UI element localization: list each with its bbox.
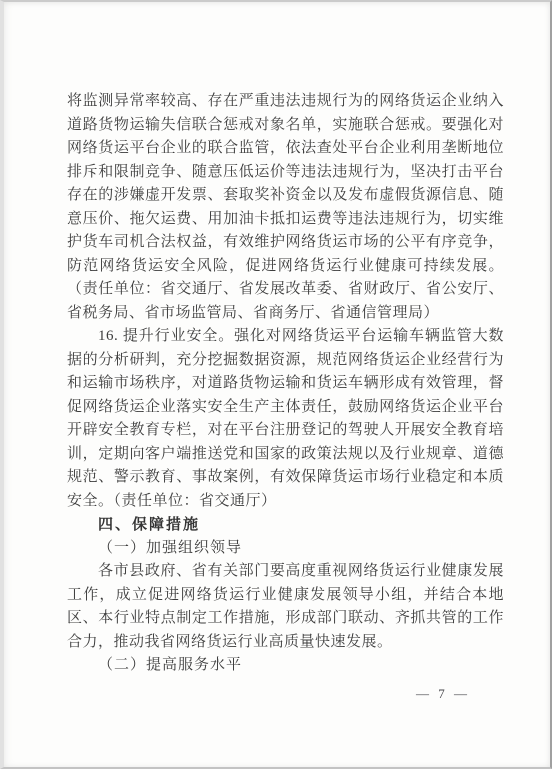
section-heading-safeguards: 四、保障措施 [67,513,504,537]
sub-heading-service-level: （二）提高服务水平 [67,654,504,678]
paragraph-leadership-body: 各市县政府、省有关部门要高度重视网络货运行业健康发展工作，成立促进网络货运行业健… [67,560,504,654]
page-number: — 7 — [416,685,470,703]
document-page: 将监测异常率较高、存在严重违法违规行为的网络货运企业纳入道路货物运输失信联合惩戒… [0,0,552,769]
paragraph-continuation: 将监测异常率较高、存在严重违法违规行为的网络货运企业纳入道路货物运输失信联合惩戒… [67,90,504,325]
sub-heading-organization-leadership: （一）加强组织领导 [67,537,504,561]
paragraph-item-16: 16. 提升行业安全。强化对网络货运平台运输车辆监管大数据的分析研判，充分挖掘数… [67,325,504,513]
text-column: 将监测异常率较高、存在严重违法违规行为的网络货运企业纳入道路货物运输失信联合惩戒… [67,90,504,678]
